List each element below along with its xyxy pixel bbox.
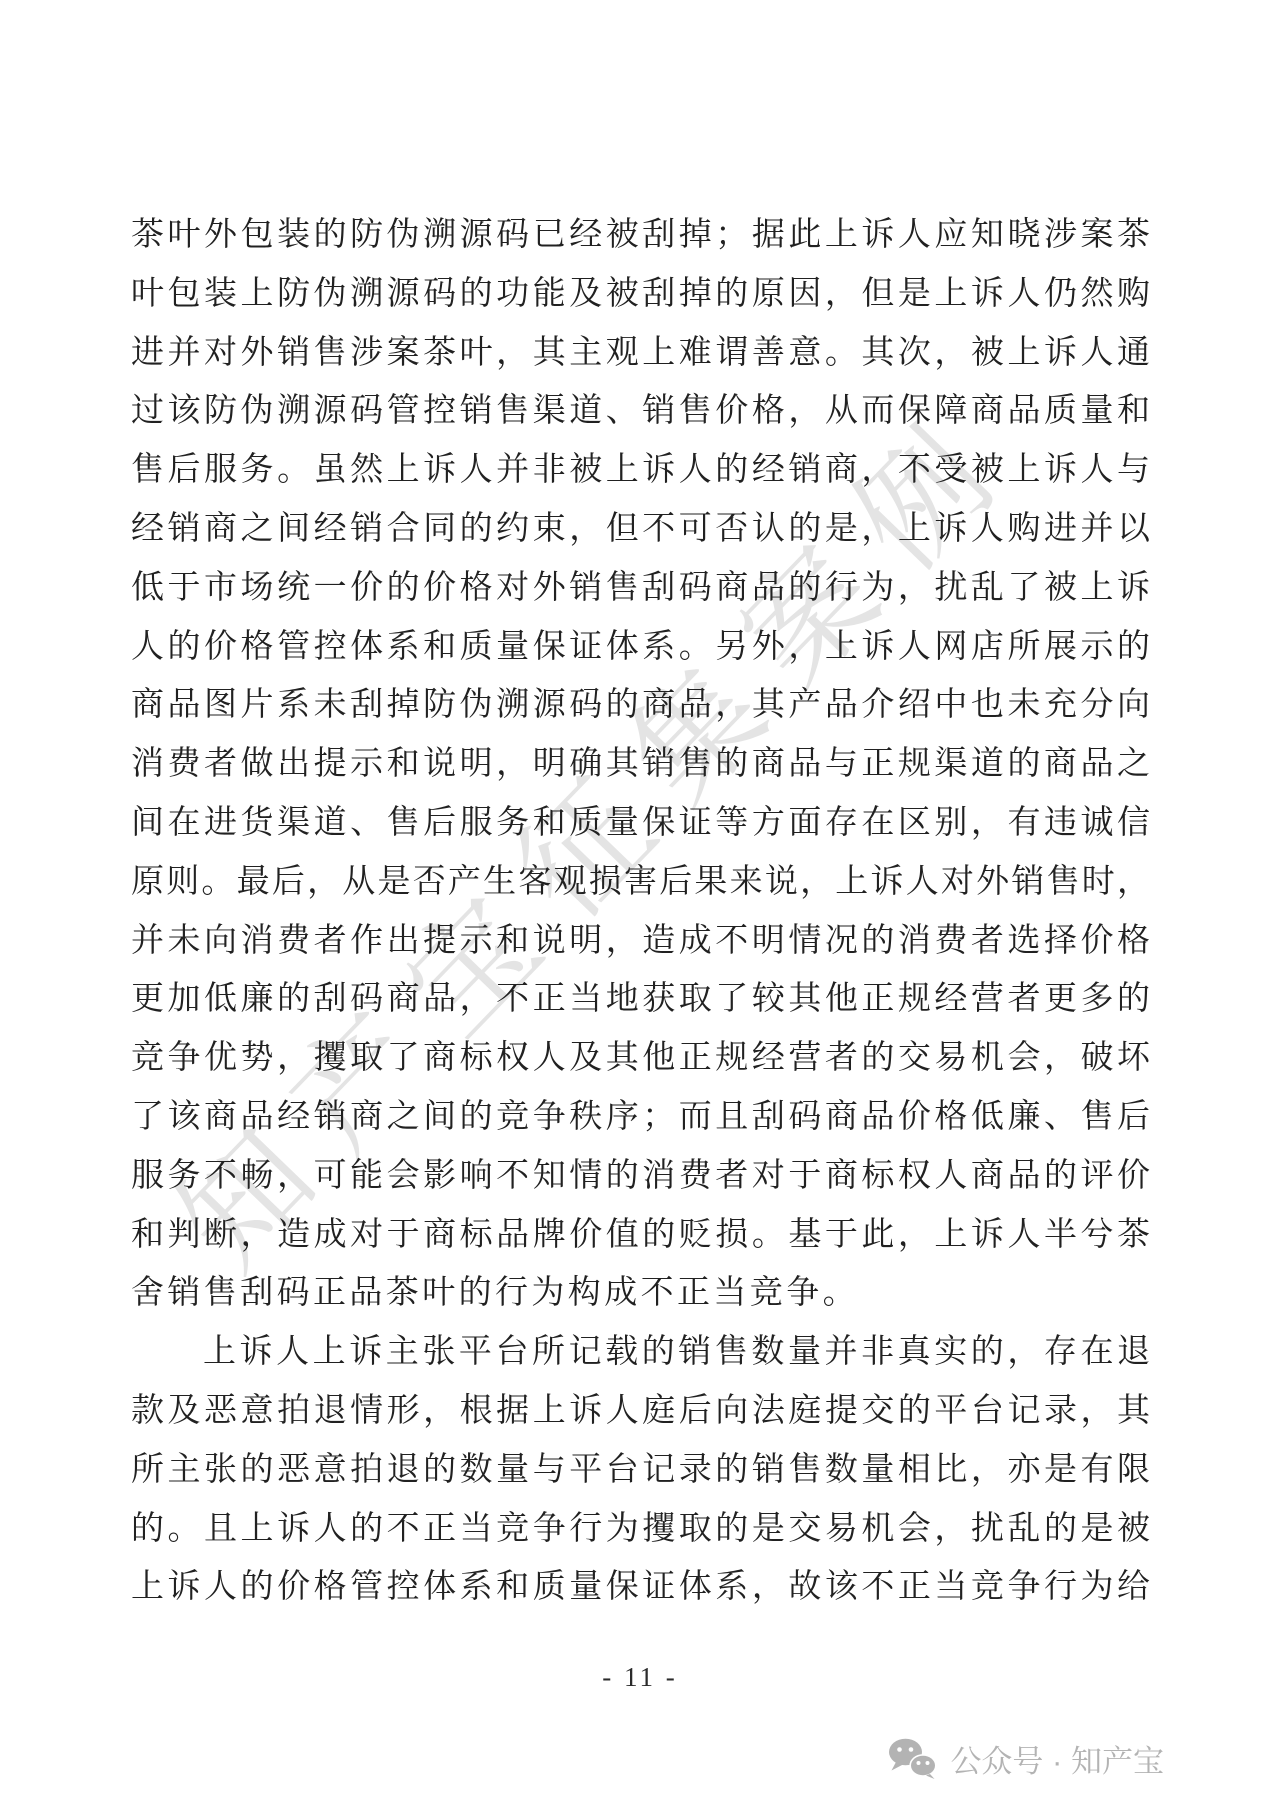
text-line: 原则。最后，从是否产生客观损害后果来说，上诉人对外销售时， (131, 853, 1150, 912)
wechat-icon (888, 1738, 938, 1780)
text-line-paragraph-start: 上诉人上诉主张平台所记载的销售数量并非真实的，存在退 (131, 1323, 1150, 1382)
text-line: 茶叶外包装的防伪溯源码已经被刮掉；据此上诉人应知晓涉案茶 (131, 206, 1150, 265)
text-line: 消费者做出提示和说明，明确其销售的商品与正规渠道的商品之 (131, 735, 1150, 794)
text-line: 间在进货渠道、售后服务和质量保证等方面存在区别，有违诚信 (131, 794, 1150, 853)
text-line: 并未向消费者作出提示和说明，造成不明情况的消费者选择价格 (131, 912, 1150, 971)
text-line: 经销商之间经销合同的约束，但不可否认的是，上诉人购进并以 (131, 500, 1150, 559)
text-line: 进并对外销售涉案茶叶，其主观上难谓善意。其次，被上诉人通 (131, 324, 1150, 383)
text-line: 更加低廉的刮码商品，不正当地获取了较其他正规经营者更多的 (131, 970, 1150, 1029)
footer-brand-label: 公众号 · 知产宝 (950, 1736, 1164, 1781)
text-line: 低于市场统一价的价格对外销售刮码商品的行为，扰乱了被上诉 (131, 559, 1150, 618)
text-line: 人的价格管控体系和质量保证体系。另外，上诉人网店所展示的 (131, 618, 1150, 677)
text-line: 了该商品经销商之间的竞争秩序；而且刮码商品价格低廉、售后 (131, 1088, 1150, 1147)
text-line: 上诉人的价格管控体系和质量保证体系，故该不正当竞争行为给 (131, 1558, 1150, 1617)
text-line: 款及恶意拍退情形，根据上诉人庭后向法庭提交的平台记录，其 (131, 1382, 1150, 1441)
text-line: 过该防伪溯源码管控销售渠道、销售价格，从而保障商品质量和 (131, 382, 1150, 441)
text-line: 服务不畅，可能会影响不知情的消费者对于商标权人商品的评价 (131, 1147, 1150, 1206)
text-line-paragraph-end: 舍销售刮码正品茶叶的行为构成不正当竞争。 (131, 1264, 1150, 1323)
page-number: - 11 - (0, 1662, 1280, 1693)
text-line: 商品图片系未刮掉防伪溯源码的商品，其产品介绍中也未充分向 (131, 676, 1150, 735)
text-line: 所主张的恶意拍退的数量与平台记录的销售数量相比，亦是有限 (131, 1441, 1150, 1500)
text-line: 叶包装上防伪溯源码的功能及被刮掉的原因，但是上诉人仍然购 (131, 265, 1150, 324)
judgment-text: 茶叶外包装的防伪溯源码已经被刮掉；据此上诉人应知晓涉案茶 叶包装上防伪溯源码的功… (131, 206, 1150, 1617)
text-line: 竞争优势，攫取了商标权人及其他正规经营者的交易机会，破坏 (131, 1029, 1150, 1088)
text-line: 的。且上诉人的不正当竞争行为攫取的是交易机会，扰乱的是被 (131, 1500, 1150, 1559)
text-line: 售后服务。虽然上诉人并非被上诉人的经销商，不受被上诉人与 (131, 441, 1150, 500)
text-line: 和判断，造成对于商标品牌价值的贬损。基于此，上诉人半兮茶 (131, 1206, 1150, 1265)
footer-brand: 公众号 · 知产宝 (888, 1736, 1164, 1781)
document-page: 知产宝征集案例 茶叶外包装的防伪溯源码已经被刮掉；据此上诉人应知晓涉案茶 叶包装… (0, 0, 1280, 1810)
